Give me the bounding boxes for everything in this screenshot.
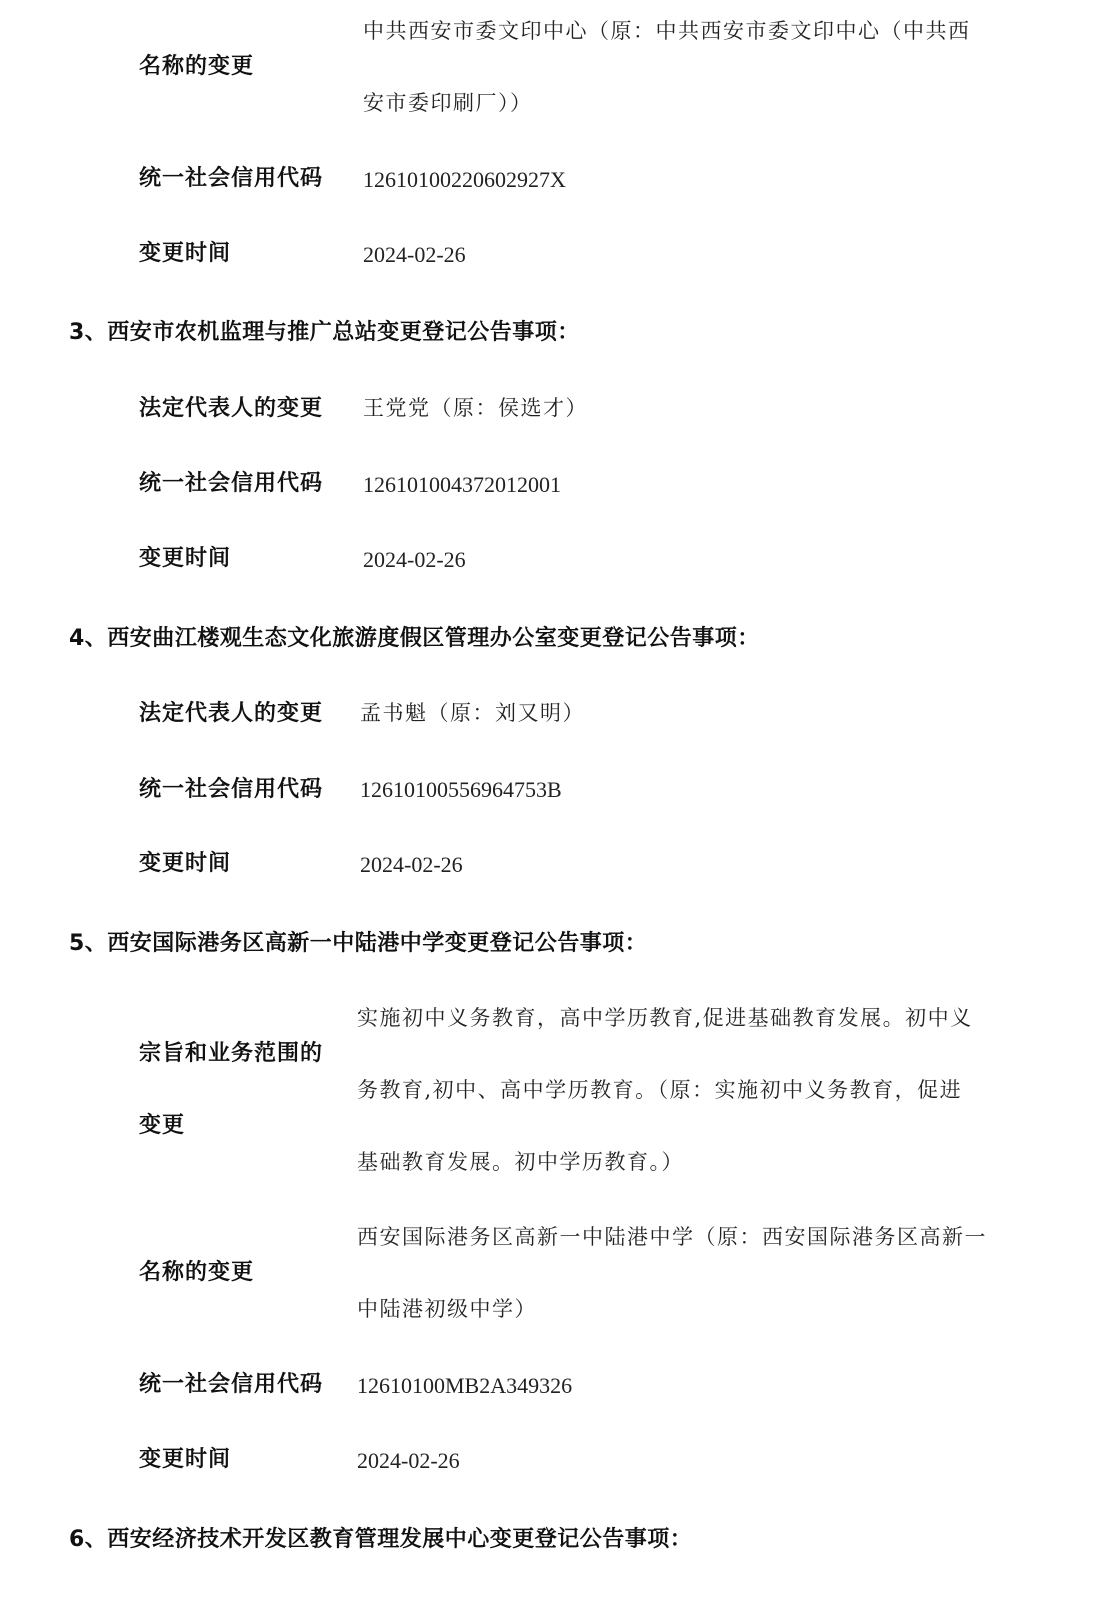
credit-code-label: 统一社会信用代码 xyxy=(139,168,323,190)
name-change-label: 名称的变更 xyxy=(139,1262,254,1284)
legal-rep-value: 王党党（原：侯选才） xyxy=(363,398,588,419)
scope-label-line2: 变更 xyxy=(139,1115,185,1137)
section-heading: 5、西安国际港务区高新一中陆港中学变更登记公告事项： xyxy=(69,933,647,955)
name-change-label: 名称的变更 xyxy=(139,56,254,78)
credit-code-value: 12610100220602927X xyxy=(363,169,566,191)
legal-rep-value: 孟书魁（原：刘又明） xyxy=(360,703,585,724)
legal-rep-label: 法定代表人的变更 xyxy=(139,703,323,725)
change-date-value: 2024-02-26 xyxy=(363,549,466,571)
legal-rep-label: 法定代表人的变更 xyxy=(139,398,323,420)
name-change-value-line2: 中陆港初级中学） xyxy=(357,1299,537,1320)
credit-code-value: 12610100556964753B xyxy=(360,779,562,801)
credit-code-label: 统一社会信用代码 xyxy=(139,779,323,801)
credit-code-value: 12610100MB2A349326 xyxy=(357,1375,572,1397)
scope-value-line1: 实施初中义务教育，高中学历教育,促进基础教育发展。初中义 xyxy=(357,1008,973,1029)
name-change-value-line2: 安市委印刷厂）） xyxy=(363,93,533,114)
scope-value-line3: 基础教育发展。初中学历教育。） xyxy=(357,1152,684,1173)
change-date-label: 变更时间 xyxy=(139,853,231,875)
credit-code-label: 统一社会信用代码 xyxy=(139,1374,323,1396)
change-date-label: 变更时间 xyxy=(139,548,231,570)
credit-code-label: 统一社会信用代码 xyxy=(139,473,323,495)
section-heading: 6、西安经济技术开发区教育管理发展中心变更登记公告事项： xyxy=(69,1529,692,1551)
change-date-label: 变更时间 xyxy=(139,1449,231,1471)
section-heading: 4、西安曲江楼观生态文化旅游度假区管理办公室变更登记公告事项： xyxy=(69,628,760,650)
name-change-value-line1: 西安国际港务区高新一中陆港中学（原：西安国际港务区高新一 xyxy=(357,1227,987,1248)
name-change-value-line1: 中共西安市委文印中心（原：中共西安市委文印中心（中共西 xyxy=(363,21,971,42)
credit-code-value: 126101004372012001 xyxy=(363,474,561,496)
change-date-value: 2024-02-26 xyxy=(363,244,466,266)
scope-label-line1: 宗旨和业务范围的 xyxy=(139,1043,323,1065)
scope-value-line2: 务教育,初中、高中学历教育。（原：实施初中义务教育，促进 xyxy=(357,1080,962,1101)
section-heading: 3、西安市农机监理与推广总站变更登记公告事项： xyxy=(69,322,580,344)
change-date-label: 变更时间 xyxy=(139,243,231,265)
change-date-value: 2024-02-26 xyxy=(357,1450,460,1472)
change-date-value: 2024-02-26 xyxy=(360,854,463,876)
